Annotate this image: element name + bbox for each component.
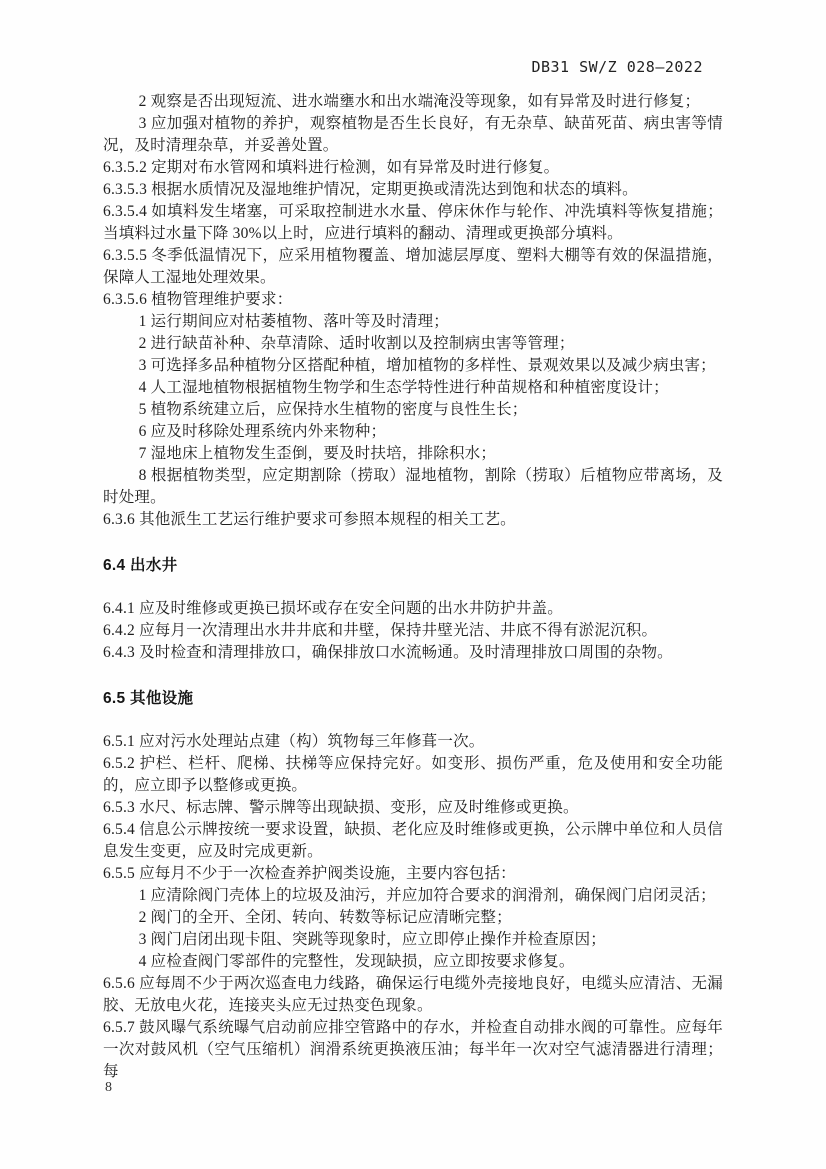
clause-paragraph: 6.4.3 及时检查和清理排放口，确保排放口水流畅通。及时清理排放口周围的杂物。 (103, 642, 723, 664)
clause-paragraph: 6.5.3 水尺、标志牌、警示牌等出现缺损、变形，应及时维修或更换。 (103, 797, 723, 819)
numbered-list-item: 1 运行期间应对枯萎植物、落叶等及时清理； (103, 311, 723, 333)
section-heading: 6.4 出水井 (103, 555, 723, 577)
numbered-list-item: 8 根据植物类型，应定期割除（捞取）湿地植物，割除（捞取）后植物应带离场，及时处… (103, 465, 723, 509)
clause-paragraph: 6.5.7 鼓风曝气系统曝气启动前应排空管路中的存水，并检查自动排水阀的可靠性。… (103, 1017, 723, 1083)
numbered-list-item: 6 应及时移除处理系统内外来物种； (103, 421, 723, 443)
numbered-list-item: 2 观察是否出现短流、进水端壅水和出水端淹没等现象，如有异常及时进行修复； (103, 91, 723, 113)
clause-paragraph: 6.3.5.3 根据水质情况及湿地维护情况，定期更换或清洗达到饱和状态的填料。 (103, 179, 723, 201)
clause-paragraph: 6.3.6 其他派生工艺运行维护要求可参照本规程的相关工艺。 (103, 509, 723, 531)
document-body: 2 观察是否出现短流、进水端壅水和出水端淹没等现象，如有异常及时进行修复；3 应… (103, 91, 723, 1083)
clause-paragraph: 6.5.1 应对污水处理站点建（构）筑物每三年修葺一次。 (103, 731, 723, 753)
clause-paragraph: 6.3.5.2 定期对布水管网和填料进行检测，如有异常及时进行修复。 (103, 157, 723, 179)
clause-paragraph: 6.4.2 应每月一次清理出水井井底和井壁，保持井壁光洁、井底不得有淤泥沉积。 (103, 620, 723, 642)
numbered-list-item: 2 进行缺苗补种、杂草清除、适时收割以及控制病虫害等管理； (103, 333, 723, 355)
clause-paragraph: 6.3.5.4 如填料发生堵塞，可采取控制进水水量、停床休作与轮作、冲洗填料等恢… (103, 201, 723, 245)
numbered-list-item: 3 可选择多品种植物分区搭配种植，增加植物的多样性、景观效果以及减少病虫害； (103, 355, 723, 377)
numbered-list-item: 2 阀门的全开、全闭、转向、转数等标记应清晰完整； (103, 907, 723, 929)
numbered-list-item: 4 人工湿地植物根据植物生物学和生态学特性进行种苗规格和种植密度设计； (103, 377, 723, 399)
numbered-list-item: 3 应加强对植物的养护，观察植物是否生长良好，有无杂草、缺苗死苗、病虫害等情况，… (103, 113, 723, 157)
numbered-list-item: 7 湿地床上植物发生歪倒，要及时扶培，排除积水； (103, 443, 723, 465)
clause-paragraph: 6.3.5.6 植物管理维护要求： (103, 289, 723, 311)
section-heading: 6.5 其他设施 (103, 688, 723, 710)
numbered-list-item: 4 应检查阀门零部件的完整性，发现缺损，应立即按要求修复。 (103, 951, 723, 973)
numbered-list-item: 5 植物系统建立后，应保持水生植物的密度与良性生长； (103, 399, 723, 421)
numbered-list-item: 1 应清除阀门壳体上的垃圾及油污，并应加符合要求的润滑剂，确保阀门启闭灵活； (103, 885, 723, 907)
clause-paragraph: 6.5.5 应每月不少于一次检查养护阀类设施，主要内容包括： (103, 863, 723, 885)
numbered-list-item: 3 阀门启闭出现卡阻、突跳等现象时，应立即停止操作并检查原因； (103, 929, 723, 951)
page-number: 8 (105, 1080, 112, 1096)
clause-paragraph: 6.4.1 应及时维修或更换已损坏或存在安全问题的出水井防护井盖。 (103, 598, 723, 620)
document-page: DB31 SW/Z 028—2022 2 观察是否出现短流、进水端壅水和出水端淹… (0, 0, 826, 1169)
clause-paragraph: 6.5.6 应每周不少于两次巡查电力线路，确保运行电缆外壳接地良好，电缆头应清洁… (103, 973, 723, 1017)
clause-paragraph: 6.3.5.5 冬季低温情况下，应采用植物覆盖、增加滤层厚度、塑料大棚等有效的保… (103, 245, 723, 289)
clause-paragraph: 6.5.2 护栏、栏杆、爬梯、扶梯等应保持完好。如变形、损伤严重，危及使用和安全… (103, 753, 723, 797)
page-header-standard-code: DB31 SW/Z 028—2022 (103, 58, 703, 76)
clause-paragraph: 6.5.4 信息公示牌按统一要求设置，缺损、老化应及时维修或更换，公示牌中单位和… (103, 819, 723, 863)
